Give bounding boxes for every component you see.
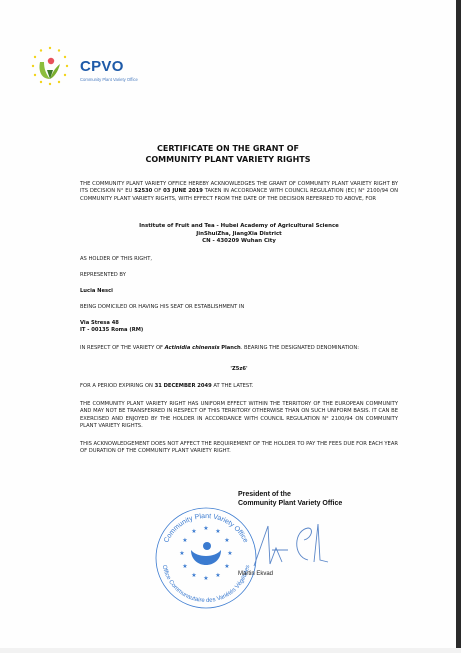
cpvo-emblem-icon xyxy=(24,44,76,94)
represented-by-label: REPRESENTED BY xyxy=(80,272,398,279)
decision-number: 52530 xyxy=(134,188,152,194)
logo-subtitle: Community Plant Variety Office xyxy=(80,77,138,82)
logo-acronym: CPVO xyxy=(80,58,124,75)
variety-author: Planch xyxy=(221,345,241,351)
scan-border-right xyxy=(456,0,461,653)
representative-name: Lucia Nesci xyxy=(80,288,398,295)
scan-border-bottom xyxy=(0,648,461,653)
variety-denomination: 'Z5z6' xyxy=(80,366,398,373)
svg-text:★: ★ xyxy=(203,575,208,582)
svg-text:★: ★ xyxy=(215,572,220,579)
title-line-1: CERTIFICATE ON THE GRANT OF xyxy=(0,143,456,154)
certificate-page: CPVO Community Plant Variety Office CERT… xyxy=(0,0,456,648)
decision-date: 03 JUNE 2019 xyxy=(163,188,203,194)
holder-address-line-1: JinShuiZha, JiangXia District xyxy=(80,231,398,239)
holder-block: Institute of Fruit and Tea - Hubei Acade… xyxy=(80,223,398,246)
svg-text:★: ★ xyxy=(224,563,229,570)
official-stamp-icon: Community Plant Variety Office Office Co… xyxy=(150,500,262,612)
holder-name: Institute of Fruit and Tea - Hubei Acade… xyxy=(80,223,398,231)
domicile-address: Via Stresa 48 IT - 00135 Roma (RM) xyxy=(80,320,398,335)
cpvo-logo: CPVO Community Plant Variety Office xyxy=(24,44,154,94)
domicile-line-2: IT - 00135 Roma (RM) xyxy=(80,327,398,334)
title-line-2: COMMUNITY PLANT VARIETY RIGHTS xyxy=(0,154,456,165)
period-line: FOR A PERIOD EXPIRING ON 31 DECEMBER 204… xyxy=(80,383,398,390)
variety-species: Actinidia chinensis xyxy=(165,345,220,351)
svg-text:★: ★ xyxy=(224,537,229,544)
variety-paragraph: IN RESPECT OF THE VARIETY OF Actinidia c… xyxy=(80,345,398,352)
uniform-effect-paragraph: THE COMMUNITY PLANT VARIETY RIGHT HAS UN… xyxy=(80,401,398,430)
signature-image xyxy=(252,520,342,570)
svg-text:★: ★ xyxy=(215,528,220,535)
expiry-date: 31 DECEMBER 2049 xyxy=(155,383,212,389)
certificate-title: CERTIFICATE ON THE GRANT OF COMMUNITY PL… xyxy=(0,143,456,165)
holder-address-line-2: CN - 430209 Wuhan City xyxy=(80,238,398,246)
fees-notice-paragraph: THIS ACKNOWLEDGEMENT DOES NOT AFFECT THE… xyxy=(80,441,398,456)
svg-text:★: ★ xyxy=(203,525,208,532)
as-holder-label: AS HOLDER OF THIS RIGHT, xyxy=(80,256,398,263)
svg-text:★: ★ xyxy=(191,528,196,535)
svg-text:★: ★ xyxy=(191,572,196,579)
svg-text:★: ★ xyxy=(182,563,187,570)
domicile-line-1: Via Stresa 48 xyxy=(80,320,398,327)
domiciled-label: BEING DOMICILED OR HAVING HIS SEAT OR ES… xyxy=(80,304,398,311)
signer-name: Martin Ekvad xyxy=(238,571,273,577)
svg-text:★: ★ xyxy=(179,550,184,557)
svg-text:★: ★ xyxy=(227,550,232,557)
svg-text:★: ★ xyxy=(182,537,187,544)
intro-paragraph: THE COMMUNITY PLANT VARIETY OFFICE HEREB… xyxy=(80,181,398,203)
